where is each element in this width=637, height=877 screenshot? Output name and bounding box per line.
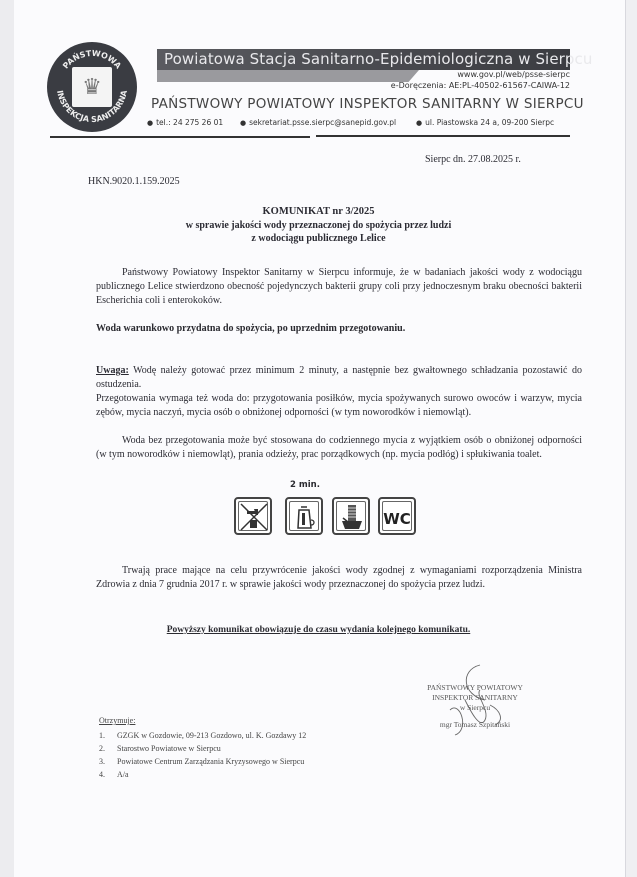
- boil-time-label: 2 min.: [290, 480, 320, 490]
- document-subtitle-line2: z wodociągu publicznego Lelice: [0, 233, 637, 244]
- signature-line2: INSPEKTOR SANITARNY: [405, 693, 545, 703]
- website-link[interactable]: www.gov.pl/web/psse-sierpc: [457, 70, 570, 79]
- header-divider-left: [50, 136, 310, 138]
- note-text-2: Przegotowania wymaga też woda do: przygo…: [96, 393, 582, 418]
- paragraph-unboiled-use: Woda bez przegotowania może być stosowan…: [96, 434, 582, 462]
- signature-line1: PAŃSTWOWY POWIATOWY: [405, 683, 545, 693]
- list-item: 3.Powiatowe Centrum Zarządzania Kryzysow…: [99, 755, 306, 768]
- eagle-emblem-icon: ♛: [79, 73, 105, 101]
- bullet-icon: ●: [240, 119, 246, 127]
- bullet-icon: ●: [147, 119, 153, 127]
- wc-icon: WC: [378, 497, 416, 535]
- no-tap-water-icon: [234, 497, 272, 535]
- inspector-title: PAŃSTWOWY POWIATOWY INSPEKTOR SANITARNY …: [151, 96, 584, 112]
- verdict: Woda warunkowo przydatna do spożycia, po…: [96, 323, 405, 334]
- list-item: 1.GZGK w Gozdowie, 09-213 Gozdowo, ul. K…: [99, 729, 306, 742]
- institution-banner: Powiatowa Stacja Sanitarno-Epidemiologic…: [157, 49, 570, 70]
- document-subtitle-line1: w sprawie jakości wody przeznaczonej do …: [0, 220, 637, 231]
- header-divider-right: [316, 135, 570, 137]
- list-item: 4.A/a: [99, 768, 306, 781]
- scan-edge-right: [625, 0, 637, 877]
- paragraph-findings: Państwowy Powiatowy Inspektor Sanitarny …: [96, 266, 582, 308]
- paragraph-remediation: Trwają prace mające na celu przywrócenie…: [96, 564, 582, 592]
- validity-notice: Powyższy komunikat obowiązuje do czasu w…: [0, 625, 637, 635]
- note-label: Uwaga:: [96, 365, 129, 376]
- recipients-list: 1.GZGK w Gozdowie, 09-213 Gozdowo, ul. K…: [99, 729, 306, 781]
- sanitary-inspection-logo: PAŃSTWOWA INSPEKCJA SANITARNA ♛: [47, 42, 137, 132]
- contact-email[interactable]: ●sekretariat.psse.sierpc@sanepid.gov.pl: [240, 118, 396, 127]
- place-date: Sierpc dn. 27.08.2025 r.: [425, 154, 521, 165]
- signatory-name: mgr Tomasz Szpitański: [405, 720, 545, 730]
- document-title: KOMUNIKAT nr 3/2025: [0, 206, 637, 217]
- institution-name: Powiatowa Stacja Sanitarno-Epidemiologic…: [164, 50, 593, 68]
- paragraph-note: Uwaga: Wodę należy gotować przez minimum…: [96, 364, 582, 420]
- contact-address: ●ul. Piastowska 24 a, 09-200 Sierpc: [416, 118, 554, 127]
- recipients-label: Otrzymuje:: [99, 716, 135, 725]
- signature-line3: w Sierpcu: [405, 703, 545, 713]
- reference-number: HKN.9020.1.159.2025: [88, 176, 180, 187]
- list-item: 2.Starostwo Powiatowe w Sierpcu: [99, 742, 306, 755]
- contact-phone: ●tel.: 24 275 26 01: [147, 118, 223, 127]
- note-text: Wodę należy gotować przez minimum 2 minu…: [96, 365, 582, 390]
- washing-icon: [332, 497, 370, 535]
- e-delivery-address: e-Doręczenia: AE:PL-40502-61567-CAIWA-12: [391, 81, 570, 90]
- kettle-boil-icon: [285, 497, 323, 535]
- banner-stripe: [157, 70, 419, 82]
- bullet-icon: ●: [416, 119, 422, 127]
- scan-edge-left: [0, 0, 14, 877]
